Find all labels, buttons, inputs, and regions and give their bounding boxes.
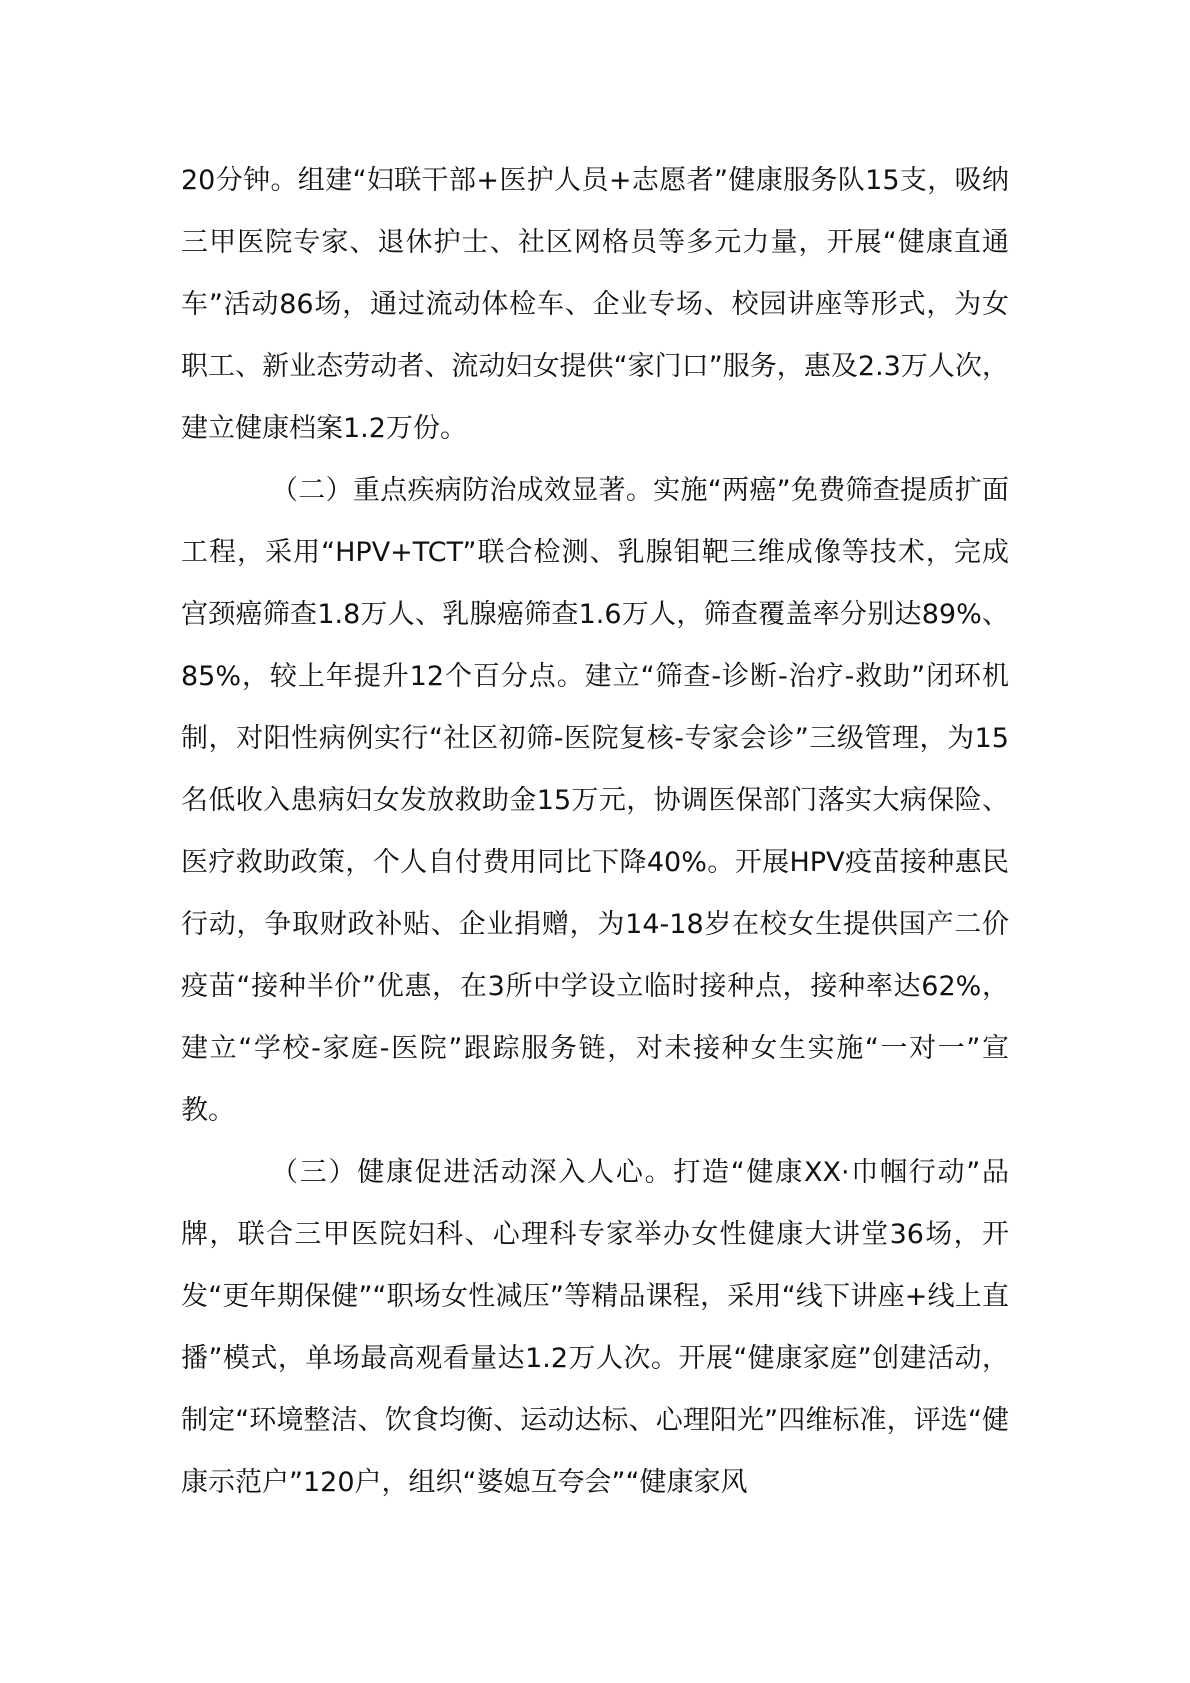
paragraph-section-2: （二）重点疾病防治成效显著。实施“两癌”免费筛查提质扩面工程，采用“HPV+TC…	[181, 460, 1009, 1142]
paragraph-section-3: （三）健康促进活动深入人心。打造“健康XX·巾帼行动”品牌，联合三甲医院妇科、心…	[181, 1142, 1009, 1514]
paragraph-continuation: 20分钟。组建“妇联干部+医护人员+志愿者”健康服务队15支，吸纳三甲医院专家、…	[181, 150, 1009, 460]
document-page: 20分钟。组建“妇联干部+医护人员+志愿者”健康服务队15支，吸纳三甲医院专家、…	[181, 150, 1009, 1514]
